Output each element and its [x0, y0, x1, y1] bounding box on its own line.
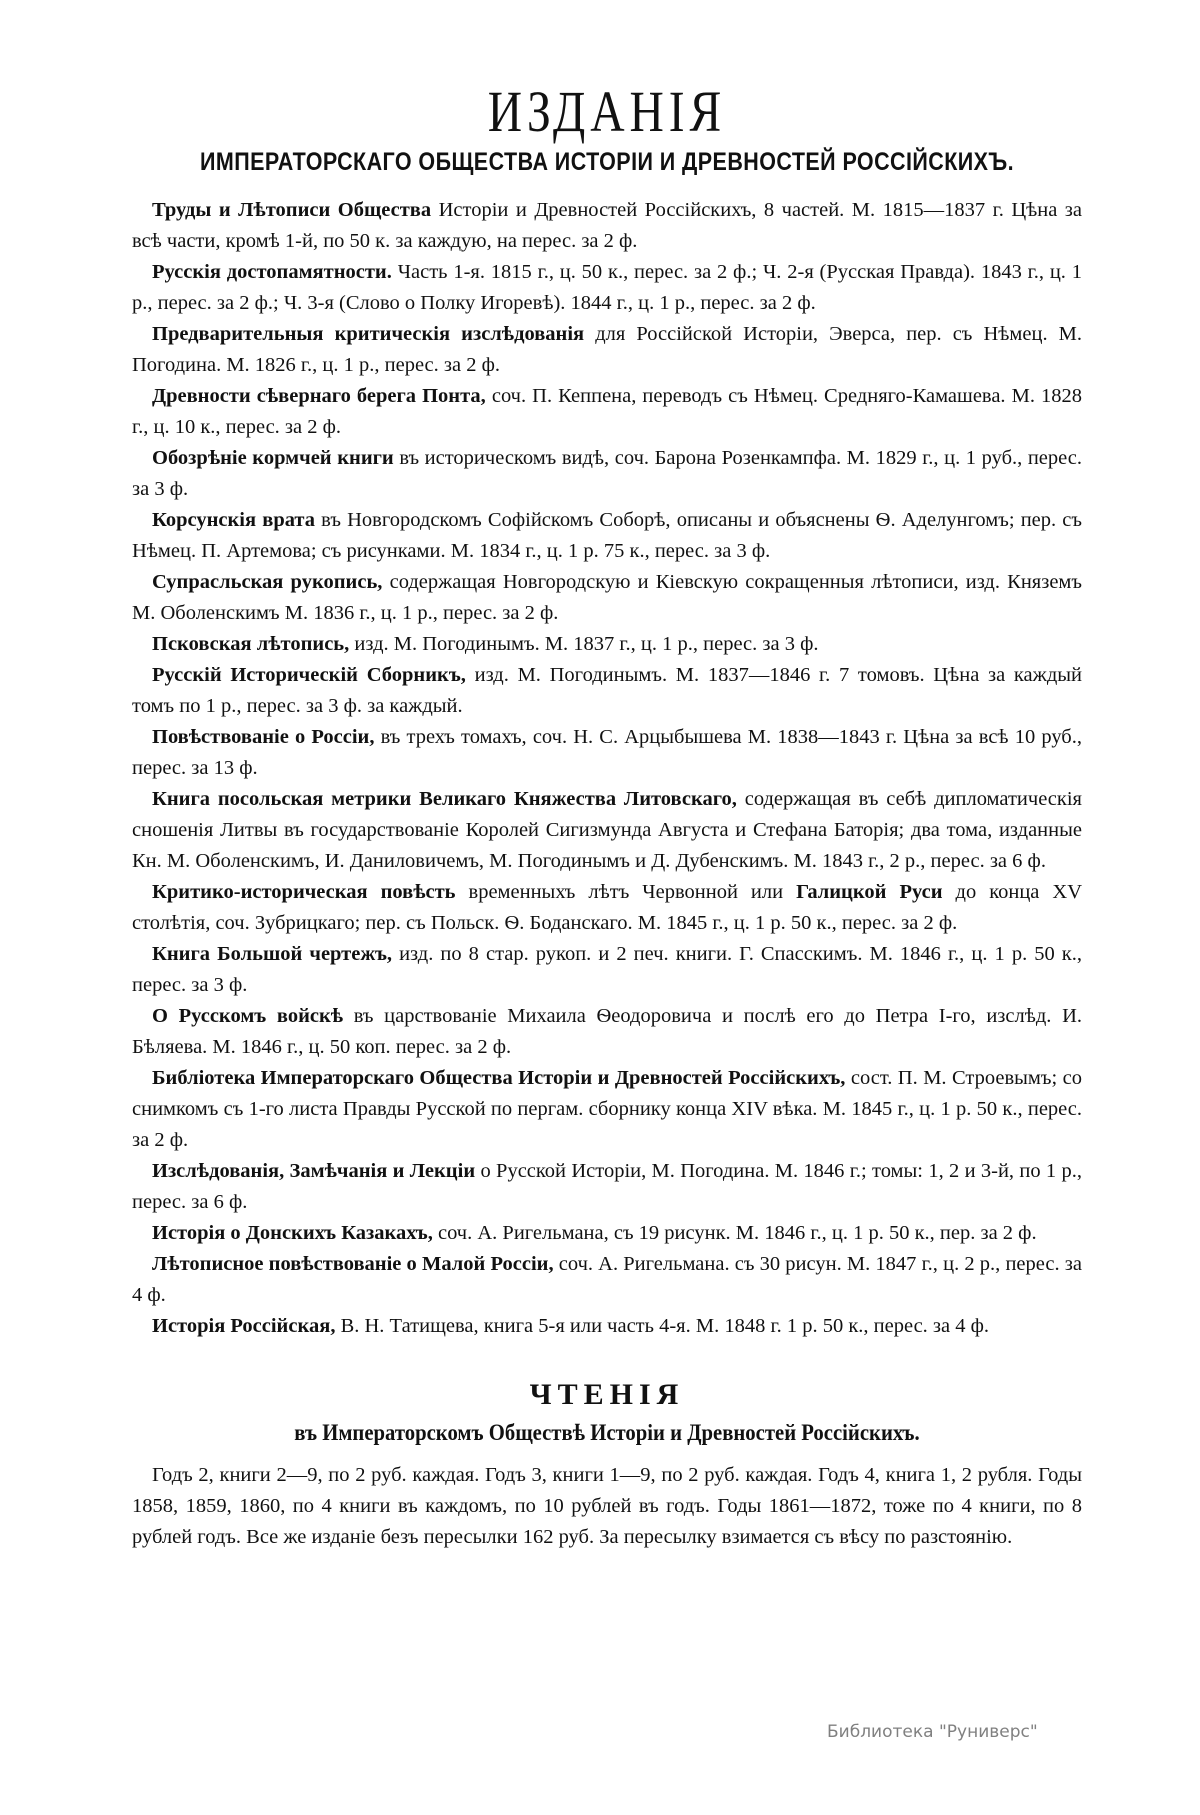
publication-entry: Изслѣдованія, Замѣчанія и Лекціи о Русск… [132, 1156, 1082, 1218]
entry-title: Книга посольская метрики Великаго Княжес… [152, 788, 737, 810]
publication-entry: Труды и Лѣтописи Общества Исторіи и Древ… [132, 195, 1082, 257]
publication-entry: Библіотека Императорскаго Общества Истор… [132, 1063, 1082, 1156]
entry-title: Лѣтописное повѣствованіе о Малой Россіи, [152, 1253, 554, 1275]
readings-paragraph: Годъ 2, книги 2—9, по 2 руб. каждая. Год… [132, 1460, 1082, 1553]
publication-entry: Обозрѣніе кормчей книги въ историческомъ… [132, 443, 1082, 505]
entry-title: Библіотека Императорскаго Общества Истор… [152, 1067, 845, 1089]
publication-entry: Книга Большой чертежъ, изд. по 8 стар. р… [132, 939, 1082, 1001]
entry-title: Галицкой Руси [796, 881, 942, 903]
entry-title: Супрасльская рукопись, [152, 571, 382, 593]
entry-title: Псковская лѣтопись, [152, 633, 349, 655]
section-subtitle: въ Императорскомъ Обществѣ Исторіи и Дре… [180, 1420, 1035, 1446]
entry-title: Обозрѣніе кормчей книги [152, 447, 394, 469]
page-title: ИЗДАНІЯ [218, 80, 997, 144]
publication-entry: Критико-историческая повѣсть временныхъ … [132, 877, 1082, 939]
publication-entry: Русскія достопамятности. Часть 1-я. 1815… [132, 257, 1082, 319]
entry-title: Повѣствованіе о Россіи, [152, 726, 374, 748]
publication-entry: Русскій Историческій Сборникъ, изд. М. П… [132, 660, 1082, 722]
entry-title: Предварительныя критическія изслѣдованія [152, 323, 584, 345]
entry-details: временныхъ лѣтъ Червонной или [456, 881, 797, 903]
entry-title: Русскій Историческій Сборникъ, [152, 664, 466, 686]
entry-details: изд. М. Погодинымъ. М. 1837 г., ц. 1 р.,… [349, 633, 818, 655]
document-page: ИЗДАНІЯ ИМПЕРАТОРСКАГО ОБЩЕСТВА ИСТОРІИ … [132, 80, 1082, 1553]
entry-title: Исторія Россійская, [152, 1315, 335, 1337]
publication-entry: Книга посольская метрики Великаго Княжес… [132, 784, 1082, 877]
entry-title: О Русскомъ войскѣ [152, 1005, 343, 1027]
publication-entry: Древности сѣвернаго берега Понта, соч. П… [132, 381, 1082, 443]
entry-title: Исторія о Донскихъ Казакахъ, [152, 1222, 433, 1244]
publication-entry: Псковская лѣтопись, изд. М. Погодинымъ. … [132, 629, 1082, 660]
publication-entry: Корсунскія врата въ Новгородскомъ Софійс… [132, 505, 1082, 567]
entry-title: Древности сѣвернаго берега Понта, [152, 385, 486, 407]
publications-list: Труды и Лѣтописи Общества Исторіи и Древ… [132, 195, 1082, 1342]
section-title: ЧТЕНІЯ [132, 1376, 1082, 1414]
publication-entry: О Русскомъ войскѣ въ царствованіе Михаил… [132, 1001, 1082, 1063]
library-watermark: Библиотека "Руниверс" [827, 1722, 1038, 1742]
entry-title: Русскія достопамятности. [152, 261, 392, 283]
entry-title: Критико-историческая повѣсть [152, 881, 456, 903]
entry-title: Книга Большой чертежъ, [152, 943, 392, 965]
entry-title: Корсунскія врата [152, 509, 315, 531]
page-subtitle: ИМПЕРАТОРСКАГО ОБЩЕСТВА ИСТОРІИ И ДРЕВНО… [199, 148, 1016, 177]
publication-entry: Исторія о Донскихъ Казакахъ, соч. А. Риг… [132, 1218, 1082, 1249]
entry-title: Изслѣдованія, Замѣчанія и Лекціи [152, 1160, 475, 1182]
publication-entry: Предварительныя критическія изслѣдованія… [132, 319, 1082, 381]
entry-title: Труды и Лѣтописи Общества [152, 199, 431, 221]
publication-entry: Повѣствованіе о Россіи, въ трехъ томахъ,… [132, 722, 1082, 784]
publication-entry: Лѣтописное повѣствованіе о Малой Россіи,… [132, 1249, 1082, 1311]
entry-details: соч. А. Ригельмана, съ 19 рисунк. М. 184… [433, 1222, 1037, 1244]
entry-details: В. Н. Татищева, книга 5-я или часть 4-я.… [335, 1315, 989, 1337]
publication-entry: Исторія Россійская, В. Н. Татищева, книг… [132, 1311, 1082, 1342]
publication-entry: Супрасльская рукопись, содержащая Новгор… [132, 567, 1082, 629]
